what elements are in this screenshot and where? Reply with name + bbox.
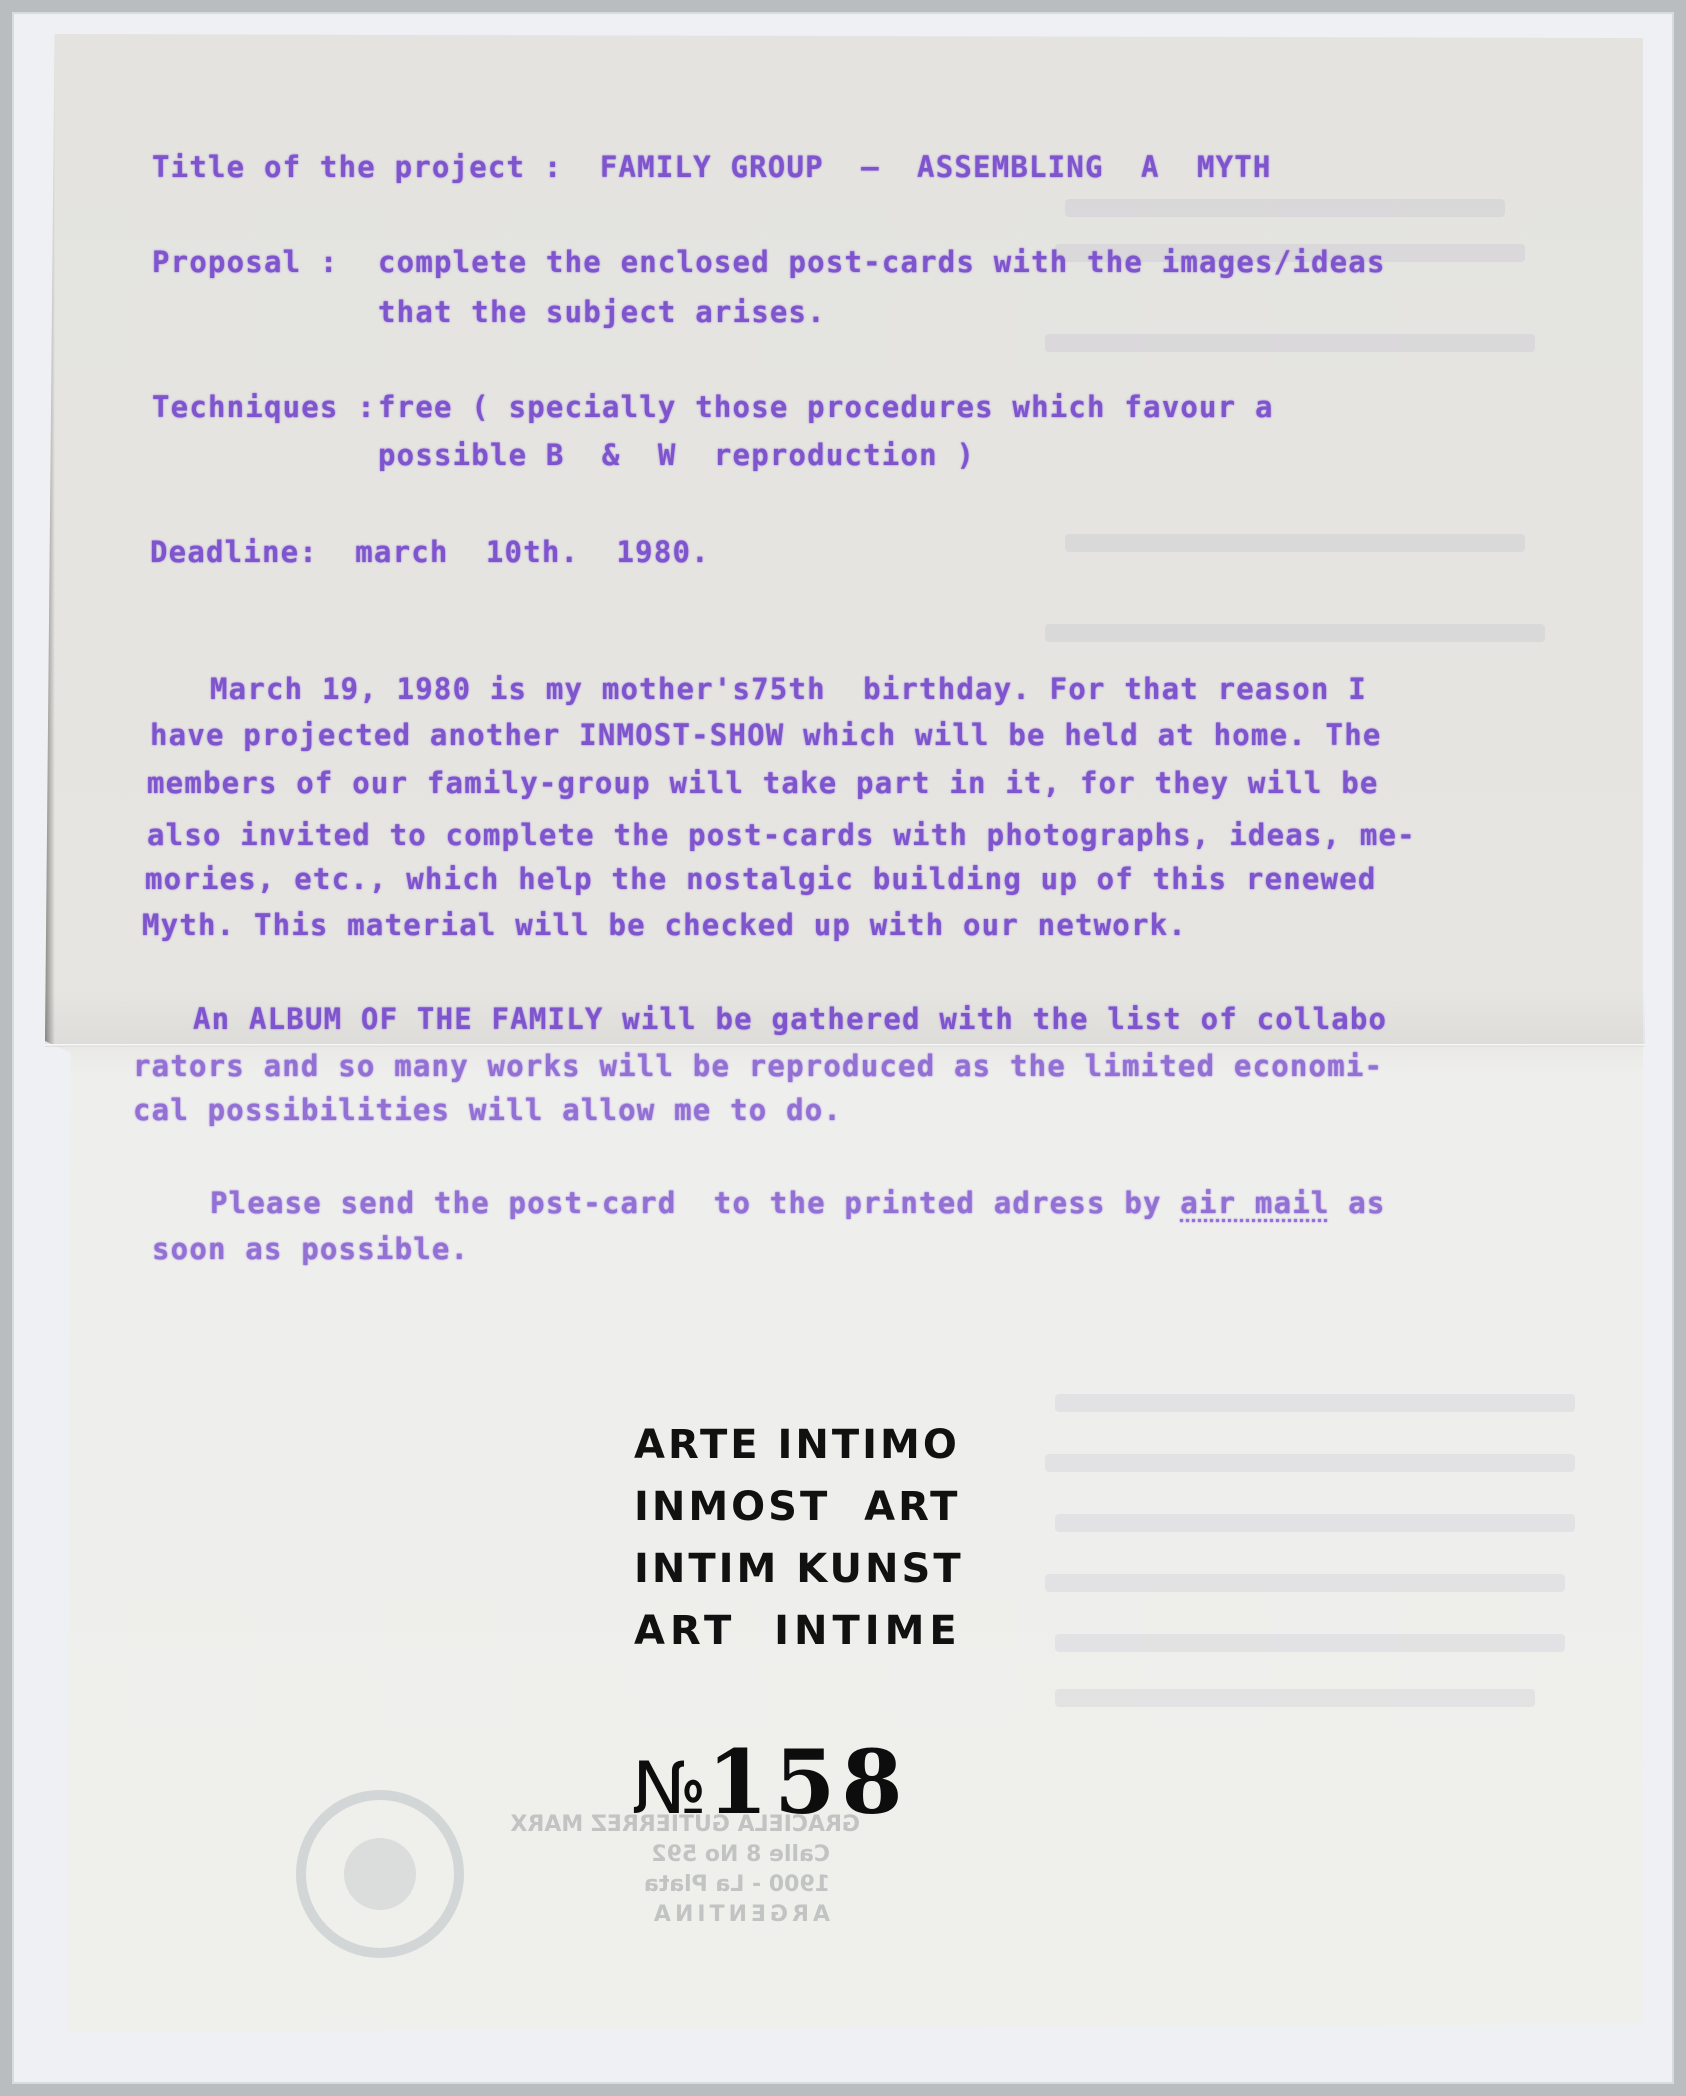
stamp-line: INMOST ART	[634, 1484, 960, 1530]
paragraph3-line-1: Please send the post-card to the printed…	[210, 1186, 1386, 1220]
paragraph3-text: as	[1330, 1186, 1386, 1220]
paragraph1-line: Myth. This material will be checked up w…	[142, 908, 1187, 942]
project-title-line: Title of the project : FAMILY GROUP – AS…	[152, 150, 1272, 184]
paragraph1-line: March 19, 1980 is my mother's75th birthd…	[210, 672, 1367, 706]
project-title-value: FAMILY GROUP – ASSEMBLING A MYTH	[600, 150, 1272, 184]
paragraph1-line: have projected another INMOST-SHOW which…	[150, 718, 1382, 752]
bleed-through-line	[1055, 1394, 1575, 1412]
bleed-through-line	[1055, 1689, 1535, 1707]
project-title-label: Title of the project :	[152, 150, 563, 184]
proposal-label: Proposal :	[152, 245, 339, 279]
air-mail-underlined: air mail	[1180, 1186, 1329, 1220]
mirrored-address-block: GRACIELA GUTIERREZ MARXCalle 8 No 592190…	[610, 1810, 830, 1930]
techniques-label: Techniques :	[152, 390, 376, 424]
deadline-label: Deadline:	[150, 535, 318, 569]
paragraph1-line: mories, etc., which help the nostalgic b…	[145, 862, 1377, 896]
paragraph3-line-2: soon as possible.	[152, 1232, 469, 1266]
stamp-line: ARTE INTIMO	[634, 1422, 960, 1468]
techniques-line-2: possible B & W reproduction )	[378, 438, 975, 472]
paragraph3-text: Please send the post-card to the printed…	[210, 1186, 1180, 1220]
paragraph2-line: rators and so many works will be reprodu…	[133, 1049, 1383, 1083]
bleed-through-line	[1065, 534, 1525, 552]
mirrored-address-line: 1900 - La Plata	[610, 1870, 830, 1900]
mirrored-address-line: ARGENTINA	[610, 1900, 830, 1930]
bleed-through-line	[1055, 1514, 1575, 1532]
bleed-through-line	[1045, 1574, 1565, 1592]
proposal-line-1: complete the enclosed post-cards with th…	[378, 245, 1386, 279]
paragraph2-line: An ALBUM OF THE FAMILY will be gathered …	[193, 1002, 1387, 1036]
stamp-line: INTIM KUNST	[634, 1546, 964, 1592]
deadline-value: march 10th. 1980.	[355, 535, 710, 569]
proposal-line-2: that the subject arises.	[378, 295, 826, 329]
paragraph1-line: members of our family-group will take pa…	[147, 766, 1379, 800]
stamp-line: ART INTIME	[634, 1608, 962, 1654]
paragraph2-line: cal possibilities will allow me to do.	[133, 1093, 842, 1127]
bleed-through-line	[1045, 624, 1545, 642]
bleed-through-line	[1065, 199, 1505, 217]
bleed-through-line	[1055, 1634, 1565, 1652]
mirrored-address-line: Calle 8 No 592	[610, 1840, 830, 1870]
bleed-through-line	[1045, 1454, 1575, 1472]
paragraph1-line: also invited to complete the post-cards …	[147, 818, 1416, 852]
mirrored-address-line: GRACIELA GUTIERREZ MARX	[610, 1810, 860, 1840]
bleed-through-line	[1045, 334, 1535, 352]
round-seal-stamp-icon	[296, 1790, 464, 1958]
techniques-line-1: free ( specially those procedures which …	[378, 390, 1274, 424]
deadline-line: Deadline: march 10th. 1980.	[150, 535, 710, 569]
paper-fold-line	[45, 1044, 1645, 1047]
